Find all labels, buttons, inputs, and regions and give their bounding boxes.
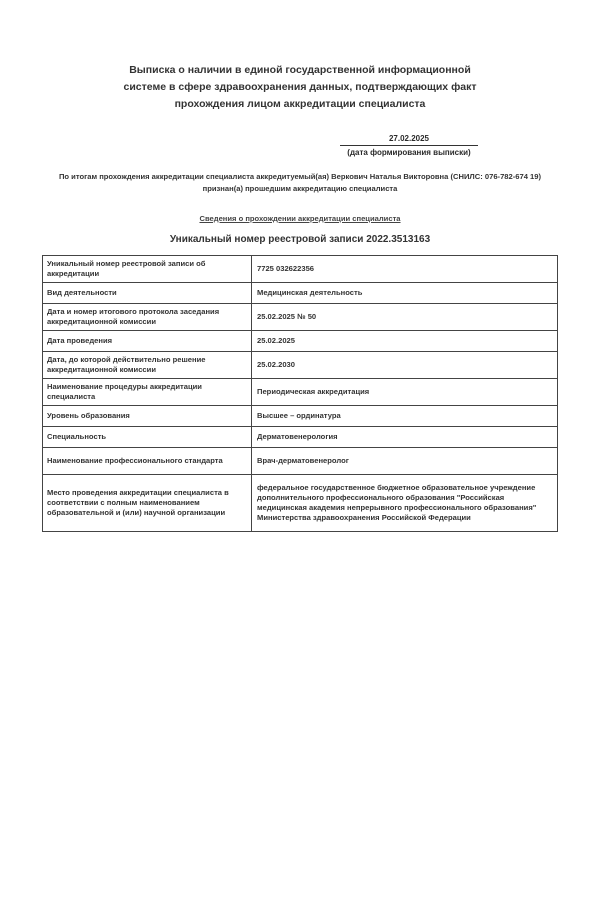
- row-label: Уровень образования: [43, 406, 252, 427]
- row-label: Дата, до которой действительно решение а…: [43, 352, 252, 379]
- row-label: Вид деятельности: [43, 283, 252, 304]
- row-value: 7725 032622356: [252, 256, 558, 283]
- row-value: Высшее – ординатура: [252, 406, 558, 427]
- title-line: Выписка о наличии в единой государственн…: [100, 62, 500, 79]
- row-value: 25.02.2025 № 50: [252, 304, 558, 331]
- row-value: федеральное государственное бюджетное об…: [252, 475, 558, 532]
- row-label: Уникальный номер реестровой записи об ак…: [43, 256, 252, 283]
- table-row: Специальность Дерматовенерология: [43, 427, 558, 448]
- registry-number-heading: Уникальный номер реестровой записи 2022.…: [100, 234, 500, 245]
- issue-date-block: 27.02.2025 (дата формирования выписки): [340, 134, 478, 158]
- table-row: Уровень образования Высшее – ординатура: [43, 406, 558, 427]
- table-row: Вид деятельности Медицинская деятельност…: [43, 283, 558, 304]
- row-value: 25.02.2025: [252, 331, 558, 352]
- row-value: Периодическая аккредитация: [252, 379, 558, 406]
- row-label: Место проведения аккредитации специалист…: [43, 475, 252, 532]
- table-row: Дата проведения 25.02.2025: [43, 331, 558, 352]
- row-label: Специальность: [43, 427, 252, 448]
- title-line: прохождения лицом аккредитации специалис…: [100, 96, 500, 113]
- table-row: Наименование процедуры аккредитации спец…: [43, 379, 558, 406]
- row-label: Дата и номер итогового протокола заседан…: [43, 304, 252, 331]
- table-row: Наименование профессионального стандарта…: [43, 448, 558, 475]
- row-value: Медицинская деятельность: [252, 283, 558, 304]
- row-label: Наименование процедуры аккредитации спец…: [43, 379, 252, 406]
- table-row: Место проведения аккредитации специалист…: [43, 475, 558, 532]
- section-heading: Сведения о прохождении аккредитации спец…: [100, 214, 500, 223]
- row-value: 25.02.2030: [252, 352, 558, 379]
- table-row: Уникальный номер реестровой записи об ак…: [43, 256, 558, 283]
- row-label: Дата проведения: [43, 331, 252, 352]
- table-row: Дата, до которой действительно решение а…: [43, 352, 558, 379]
- issue-date-caption: (дата формирования выписки): [340, 147, 478, 158]
- table-row: Дата и номер итогового протокола заседан…: [43, 304, 558, 331]
- issue-date: 27.02.2025: [340, 134, 478, 146]
- row-value: Врач-дерматовенеролог: [252, 448, 558, 475]
- intro-text: По итогам прохождения аккредитации специ…: [40, 171, 560, 195]
- row-label: Наименование профессионального стандарта: [43, 448, 252, 475]
- document-title: Выписка о наличии в единой государственн…: [100, 62, 500, 113]
- row-value: Дерматовенерология: [252, 427, 558, 448]
- title-line: системе в сфере здравоохранения данных, …: [100, 79, 500, 96]
- accreditation-details-table: Уникальный номер реестровой записи об ак…: [42, 255, 558, 532]
